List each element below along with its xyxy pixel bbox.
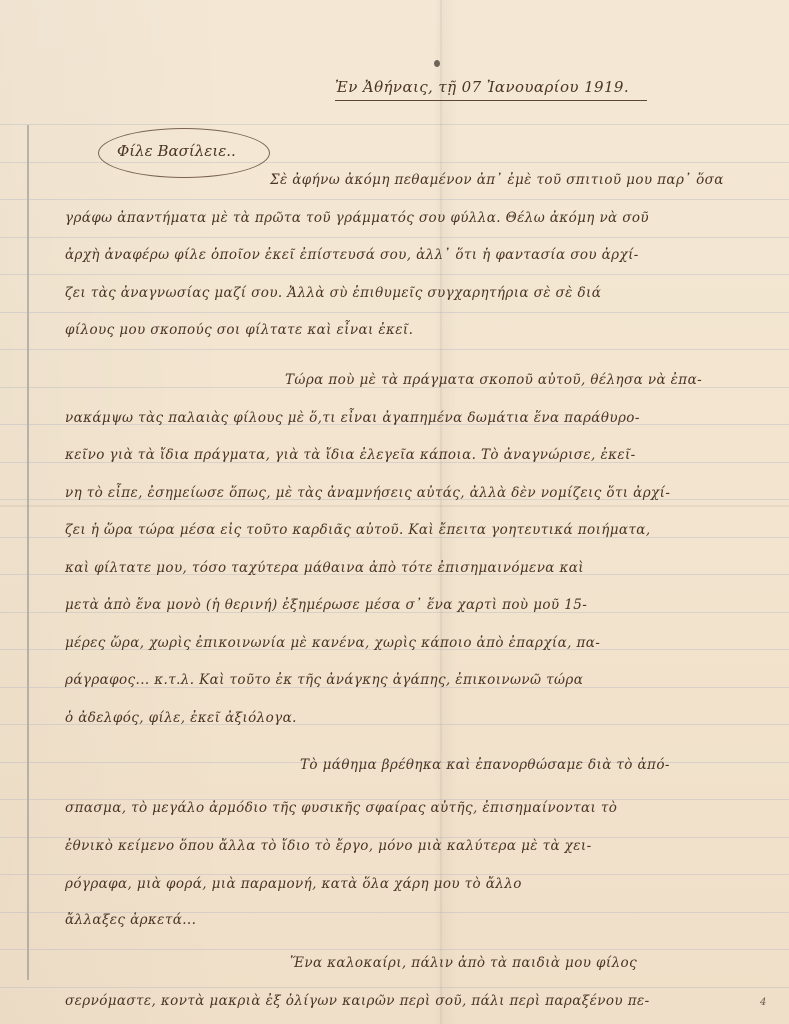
body-line: σερνόμαστε, κοντὰ μακριὰ ἐξ ὀλίγων καιρῶ… [65,993,650,1009]
dateline: Ἐν Ἀθήναις, τῇ 07 Ἰανουαρίου 1919. [335,78,647,101]
ruled-line [0,199,789,200]
body-line: καὶ φίλτατε μου, τόσο ταχύτερα μάθαινα ἀ… [65,560,584,576]
body-line: ἐθνικὸ κείμενο ὅπου ἄλλα τὸ ἴδιο τὸ ἔργο… [65,838,592,854]
paper-fold-horizontal [0,505,789,507]
ink-speck [434,60,440,67]
body-line: κεῖνο γιὰ τὰ ἴδια πράγματα, γιὰ τὰ ἴδια … [65,447,636,463]
ruled-line [0,949,789,950]
ruled-line [0,874,789,875]
ruled-line [0,124,789,125]
body-line: φίλους μου σκοπούς σοι φίλτατε καὶ εἶναι… [65,322,413,338]
body-line: Σὲ ἀφήνω ἀκόμη πεθαμένον ἀπ᾽ ἐμὲ τοῦ σπι… [270,172,724,188]
body-line: γράφω ἀπαντήματα μὲ τὰ πρῶτα τοῦ γράμματ… [65,210,649,226]
body-line: μετὰ ἀπὸ ἕνα μονὸ (ἡ θερινή) ἐξημέρωσε μ… [65,597,587,613]
body-line: ρόγραφα, μιὰ φορά, μιὰ παραμονή, κατὰ ὅλ… [65,876,522,892]
body-line: Τὸ μάθημα βρέθηκα καὶ ἐπανορθώσαμε διὰ τ… [300,757,670,773]
body-line: Ἕνα καλοκαίρι, πάλιν ἀπὸ τὰ παιδιὰ μου φ… [290,955,637,971]
body-line: μέρες ὥρα, χωρὶς ἐπικοινωνία μὲ κανένα, … [65,635,600,651]
page-mark: 4 [760,997,767,1008]
salutation-text: Φίλε Βασίλειε.. [117,142,236,160]
body-line: νακάμψω τὰς παλαιὰς φίλους μὲ ὅ,τι εἶναι… [65,410,640,426]
ruled-line [0,987,789,988]
body-line: Τώρα ποὺ μὲ τὰ πράγματα σκοποῦ αὐτοῦ, θέ… [285,372,702,388]
body-line: σπασμα, τὸ μεγάλο ἀρμόδιο τῆς φυσικῆς σφ… [65,800,617,816]
margin-pencil-line [27,125,29,980]
body-line: ἄλλαξες ἀρκετά... [65,912,196,928]
body-line: νη τὸ εἶπε, ἐσημείωσε ὅπως, μὲ τὰς ἀναμν… [65,485,670,501]
ruled-line [0,237,789,238]
salutation-oval: Φίλε Βασίλειε.. [98,128,270,178]
body-line: ἀρχὴ ἀναφέρω φίλε ὁποῖον ἐκεῖ ἐπίστευσά … [65,247,639,263]
ruled-line [0,274,789,275]
body-line: ζει ἡ ὥρα τώρα μέσα εἰς τοῦτο καρδιᾶς αὐ… [65,522,651,538]
paper-fold-vertical [440,0,442,1024]
body-line: ζει τὰς ἀναγνωσίας μαζί σου. Ἀλλὰ σὺ ἐπι… [65,285,601,301]
body-line: ράγραφος... κ.τ.λ. Καὶ τοῦτο ἐκ τῆς ἀνάγ… [65,672,583,688]
ruled-line [0,312,789,313]
ruled-line [0,349,789,350]
body-line: ὁ ἀδελφός, φίλε, ἐκεῖ ἀξιόλογα. [65,710,297,726]
